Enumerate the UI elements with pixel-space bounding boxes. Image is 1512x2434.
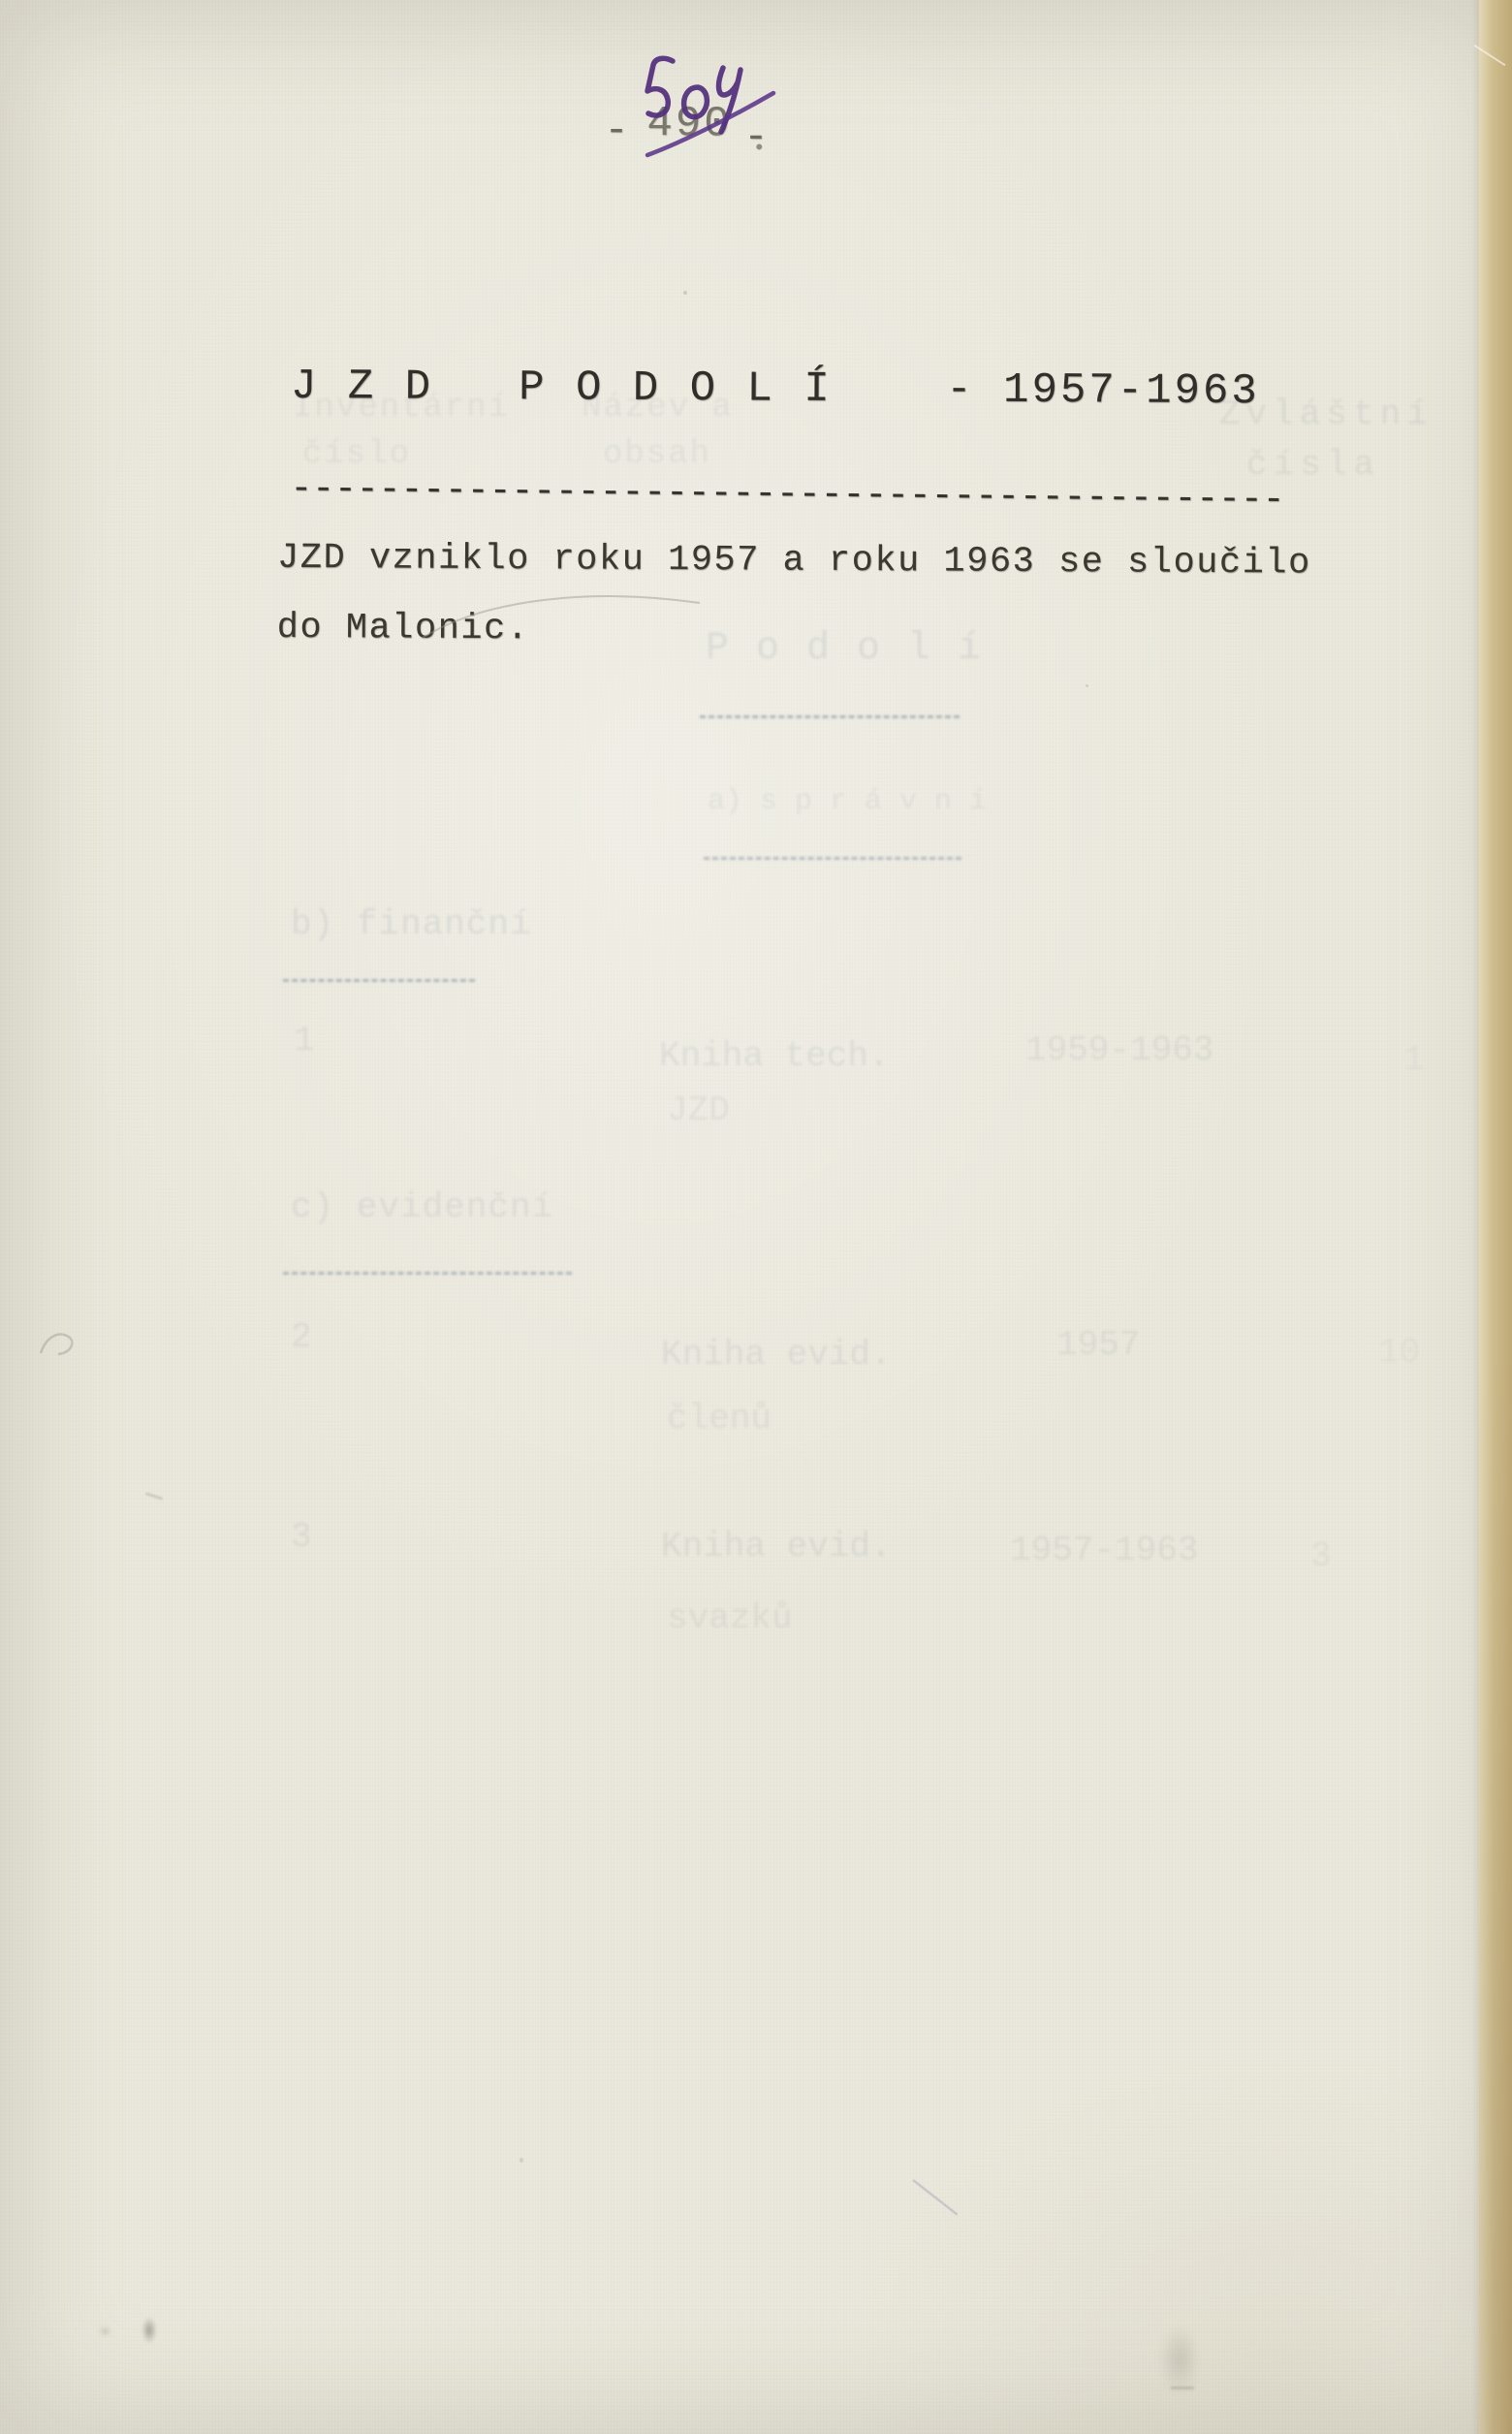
document-heading: J Z D P O D O L Í - 1957-1963	[291, 365, 1260, 413]
body-text-line-1: JZD vzniklo roku 1957 a roku 1963 se slo…	[277, 541, 1311, 583]
typewritten-layer: - 490 - J Z D P O D O L Í - 1957-1963 --…	[0, 0, 1512, 2434]
scanned-archive-page: Inventární číslo Název a obsah Zvláštní …	[0, 0, 1512, 2434]
handwritten-digit-5	[647, 58, 673, 115]
handwritten-page-number-504	[628, 50, 793, 165]
heading-dashed-underline: ----------------------------------------…	[290, 471, 1285, 520]
handwritten-digit-0	[684, 87, 708, 117]
page-number-dash-left: -	[604, 111, 628, 151]
body-text-line-2: do Malonic.	[277, 611, 530, 648]
